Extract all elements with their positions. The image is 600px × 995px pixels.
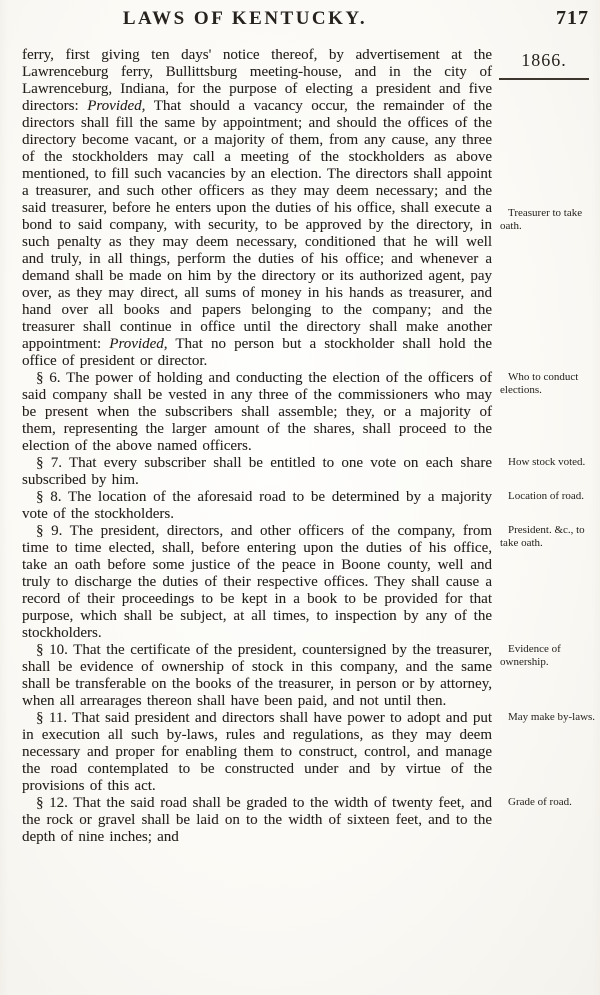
paragraph-text: § 10. That the certificate of the presid… xyxy=(22,642,492,710)
margin-note-evidence-of-ownership: Evidence of ownership. xyxy=(500,643,596,669)
act-text-column: ferry, first giving ten days' notice the… xyxy=(22,47,492,846)
paragraph-text: § 6. The power of holding and conducting… xyxy=(22,370,492,455)
paragraph-text: ferry, first giving ten days' notice the… xyxy=(22,47,492,370)
section-8: § 8. The location of the aforesaid road … xyxy=(22,489,492,523)
scanned-book-page: LAWS OF KENTUCKY. 717 1866. ferry, first… xyxy=(0,0,600,995)
paragraph-continuation-section: ferry, first giving ten days' notice the… xyxy=(22,47,492,370)
section-7: § 7. That every subscriber shall be enti… xyxy=(22,455,492,489)
section-9: § 9. The president, directors, and other… xyxy=(22,523,492,642)
section-10: § 10. That the certificate of the presid… xyxy=(22,642,492,710)
margin-note-may-make-bylaws: May make by-laws. xyxy=(500,711,596,724)
paragraph-text: § 7. That every subscriber shall be enti… xyxy=(22,455,492,489)
section-11: § 11. That said president and directors … xyxy=(22,710,492,795)
margin-note-location-of-road: Location of road. xyxy=(500,490,596,503)
year-label: 1866. xyxy=(521,50,567,70)
paragraph-text: § 9. The president, directors, and other… xyxy=(22,523,492,642)
margin-note-how-stock-voted: How stock voted. xyxy=(500,456,596,469)
section-12: § 12. That the said road shall be graded… xyxy=(22,795,492,846)
section-6: § 6. The power of holding and conducting… xyxy=(22,370,492,455)
paragraph-text: § 8. The location of the aforesaid road … xyxy=(22,489,492,523)
margin-year-block: 1866. xyxy=(499,50,589,80)
margin-note-grade-of-road: Grade of road. xyxy=(500,796,596,809)
page-number: 717 xyxy=(556,7,589,30)
paragraph-text: § 12. That the said road shall be graded… xyxy=(22,795,492,846)
running-head-title: LAWS OF KENTUCKY. xyxy=(0,8,490,30)
margin-note-conduct-elections: Who to conduct elections. xyxy=(500,371,596,397)
margin-note-treasurer-oath: Treasurer to take oath. xyxy=(500,207,596,233)
paragraph-text: § 11. That said president and directors … xyxy=(22,710,492,795)
margin-note-president-oath: President. &c., to take oath. xyxy=(500,524,596,550)
